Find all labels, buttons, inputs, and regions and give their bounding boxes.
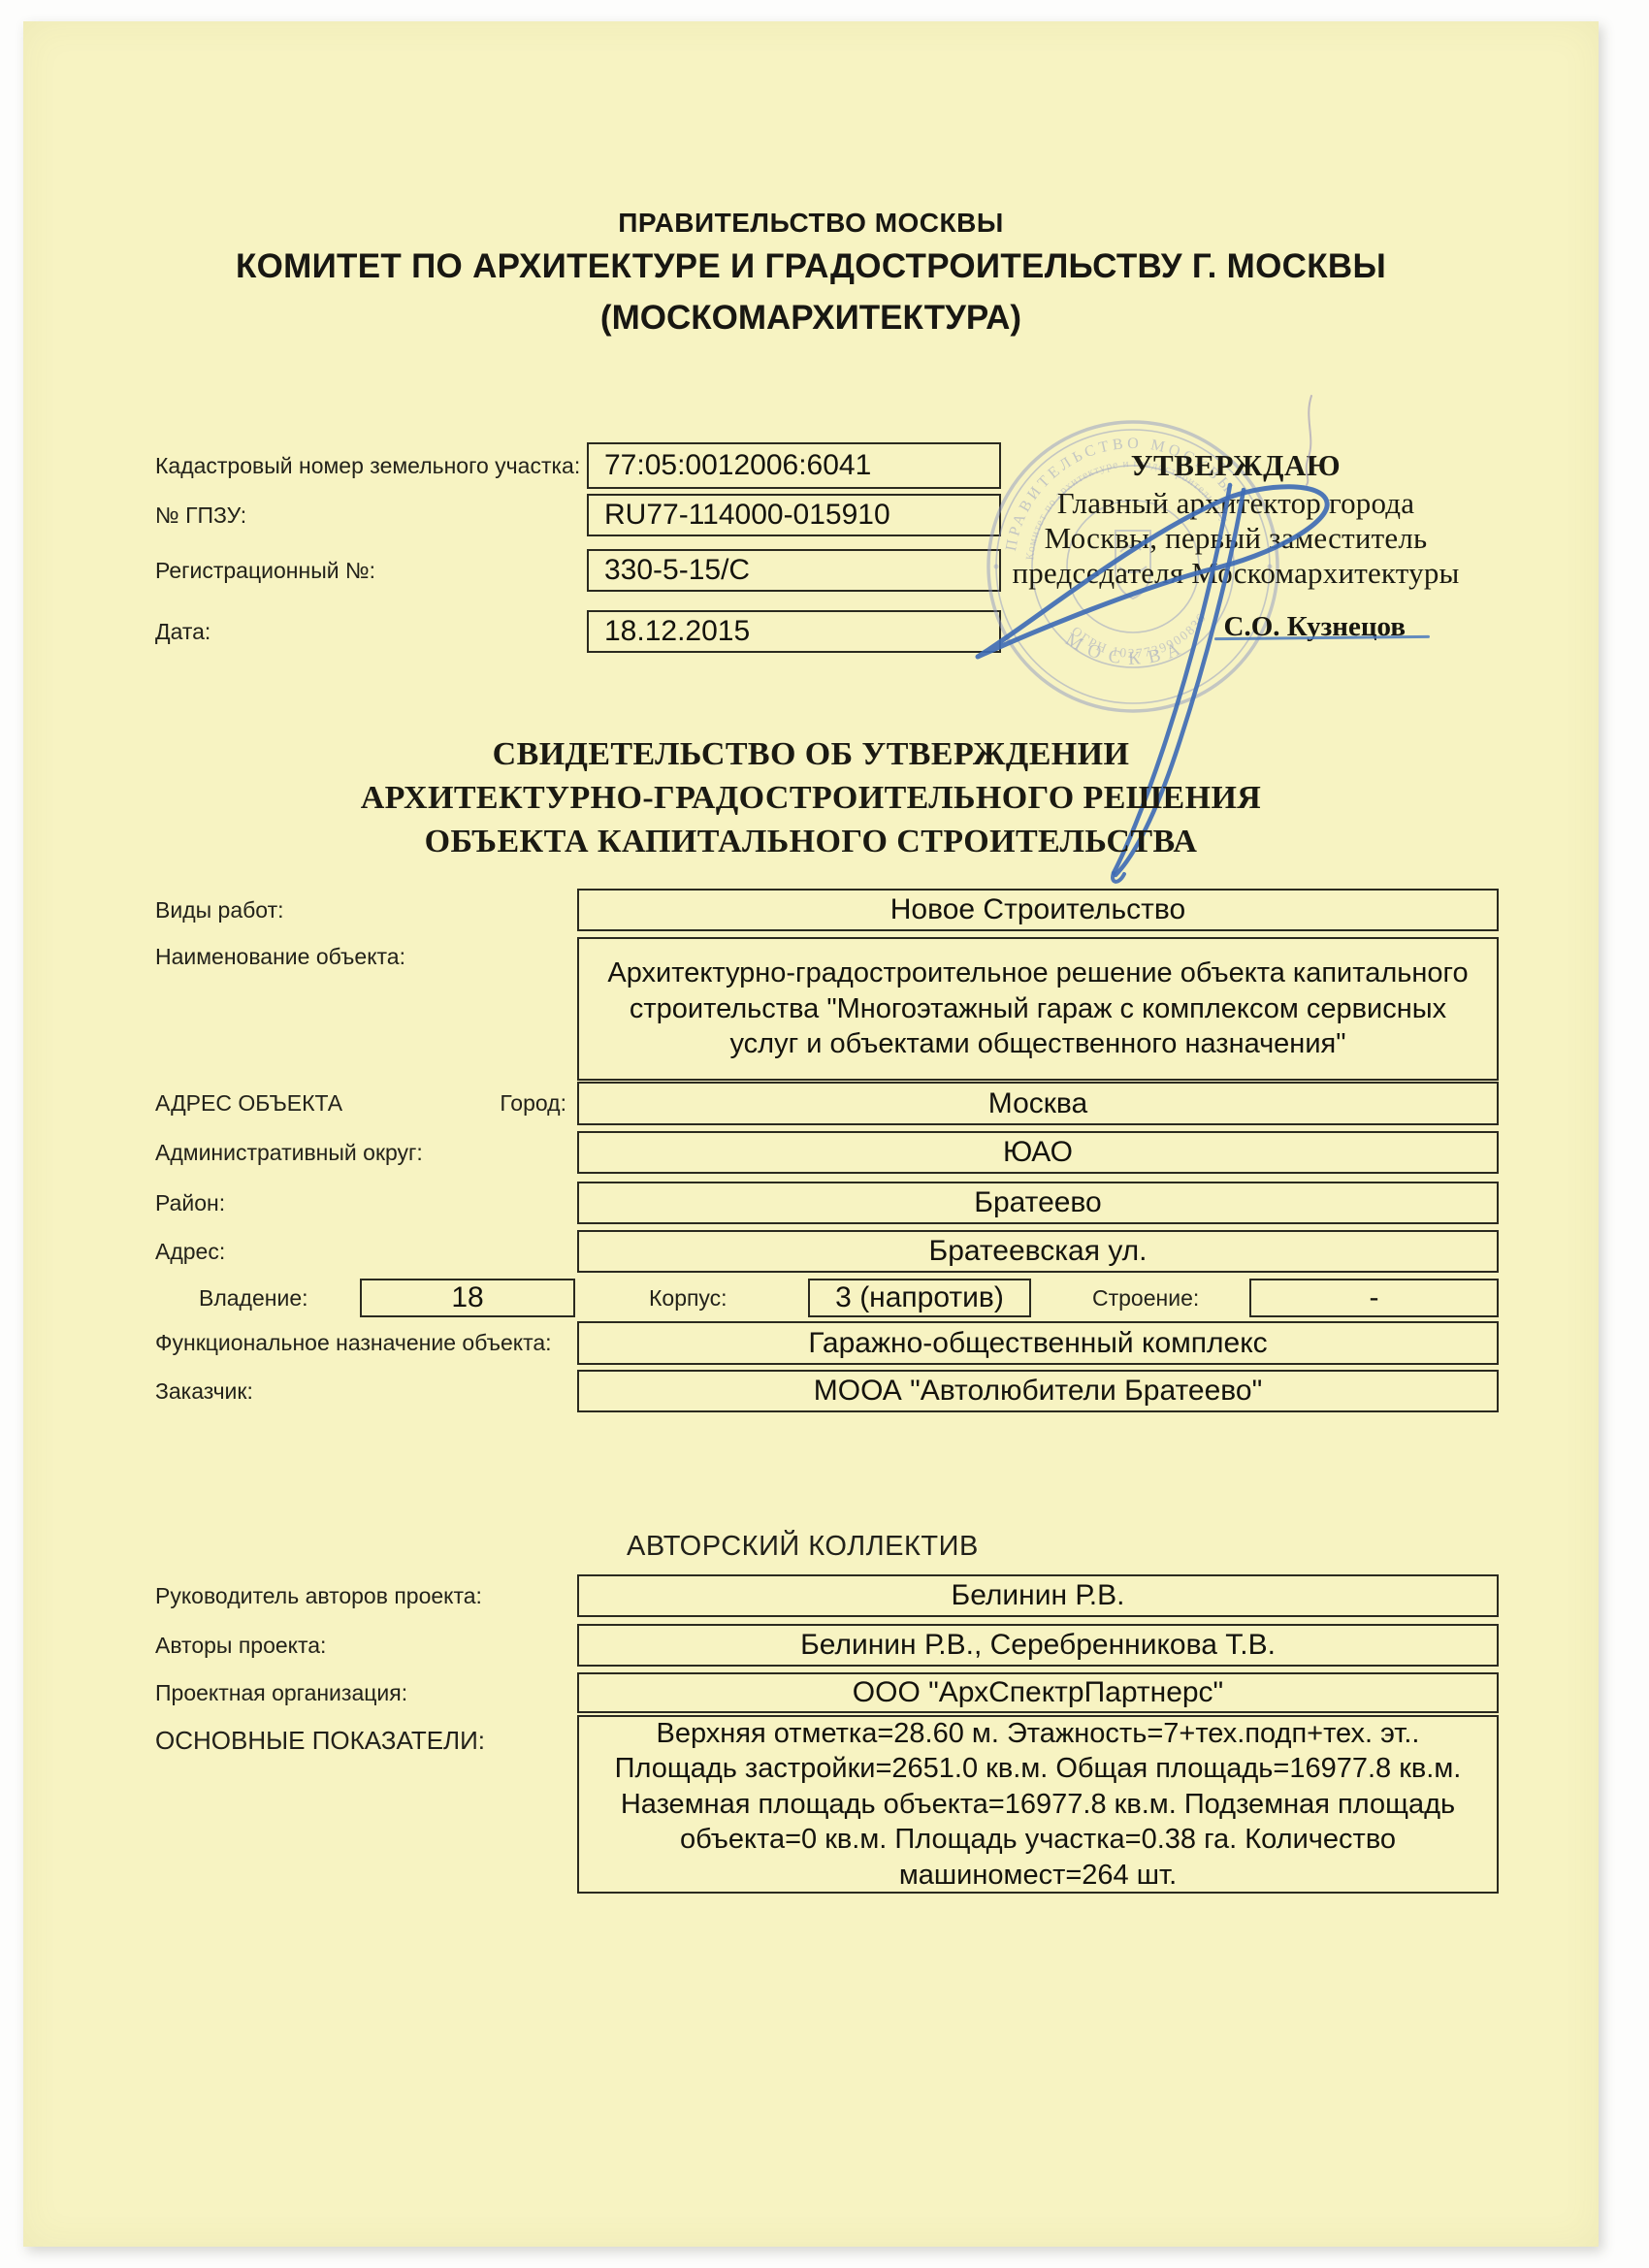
design-organization-label: Проектная организация: bbox=[155, 1672, 407, 1713]
registration-number-value: 330-5-15/С bbox=[587, 549, 1001, 592]
object-name-label: Наименование объекта: bbox=[155, 937, 405, 976]
administrative-district-value: ЮАО bbox=[577, 1131, 1499, 1174]
approval-block: УТВЕРЖДАЮ Главный архитектор города Моск… bbox=[945, 448, 1527, 591]
functional-purpose-value: Гаражно-общественный комплекс bbox=[577, 1321, 1499, 1365]
date-value: 18.12.2015 bbox=[587, 610, 1001, 653]
project-authors-label: Авторы проекта: bbox=[155, 1624, 326, 1667]
document-title-line-1: СВИДЕТЕЛЬСТВО ОБ УТВЕРЖДЕНИИ bbox=[23, 732, 1599, 776]
address-section-label: АДРЕС ОБЪЕКТА bbox=[155, 1082, 342, 1125]
street-address-label: Адрес: bbox=[155, 1230, 225, 1273]
administrative-district-label: Административный округ: bbox=[155, 1131, 423, 1174]
city-label: Город: bbox=[431, 1082, 566, 1125]
approval-line-3: председателя Москомархитектуры bbox=[945, 556, 1527, 591]
area-value: Братеево bbox=[577, 1182, 1499, 1224]
works-type-label: Виды работ: bbox=[155, 889, 284, 931]
document-title-line-3: ОБЪЕКТА КАПИТАЛЬНОГО СТРОИТЕЛЬСТВА bbox=[23, 820, 1599, 863]
approval-line-2: Москвы, первый заместитель bbox=[945, 521, 1527, 556]
gpzu-number-value: RU77-114000-015910 bbox=[587, 494, 1001, 536]
structure-value: - bbox=[1249, 1279, 1499, 1317]
project-lead-value: Белинин Р.В. bbox=[577, 1574, 1499, 1617]
date-label: Дата: bbox=[155, 610, 210, 653]
design-organization-value: ООО "АрхСпектрПартнерс" bbox=[577, 1672, 1499, 1713]
functional-purpose-label: Функциональное назначение объекта: bbox=[155, 1321, 552, 1365]
city-value: Москва bbox=[577, 1082, 1499, 1125]
approval-heading: УТВЕРЖДАЮ bbox=[945, 448, 1527, 483]
letterhead: ПРАВИТЕЛЬСТВО МОСКВЫ КОМИТЕТ ПО АРХИТЕКТ… bbox=[23, 208, 1599, 338]
document-paper: ПРАВИТЕЛЬСТВО МОСКВЫ КОМИТЕТ ПО АРХИТЕКТ… bbox=[23, 21, 1599, 2247]
registration-number-label: Регистрационный №: bbox=[155, 549, 375, 592]
area-label: Район: bbox=[155, 1182, 225, 1224]
project-authors-value: Белинин Р.В., Серебренникова Т.В. bbox=[577, 1624, 1499, 1667]
key-indicators-text: Верхняя отметка=28.60 м. Этажность=7+тех… bbox=[579, 1714, 1497, 1895]
document-title-line-2: АРХИТЕКТУРНО-ГРАДОСТРОИТЕЛЬНОГО РЕШЕНИЯ bbox=[23, 776, 1599, 820]
team-section-heading: АВТОРСКИЙ КОЛЛЕКТИВ bbox=[627, 1531, 979, 1563]
signature-hook-stroke bbox=[1113, 873, 1124, 882]
building-label: Корпус: bbox=[649, 1279, 727, 1317]
key-indicators-label: ОСНОВНЫЕ ПОКАЗАТЕЛИ: bbox=[155, 1726, 485, 1756]
street-address-value: Братеевская ул. bbox=[577, 1230, 1499, 1273]
letterhead-moskomarkhitektura: (МОСКОМАРХИТЕКТУРА) bbox=[23, 299, 1599, 338]
project-lead-label: Руководитель авторов проекта: bbox=[155, 1574, 482, 1617]
client-label: Заказчик: bbox=[155, 1370, 253, 1412]
cadastral-number-label: Кадастровый номер земельного участка: bbox=[155, 442, 580, 489]
client-value: МООА "Автолюбители Братеево" bbox=[577, 1370, 1499, 1412]
object-name-text: Архитектурно-градостроительное решение о… bbox=[579, 954, 1497, 1064]
object-name-value: Архитектурно-градостроительное решение о… bbox=[577, 937, 1499, 1081]
ownership-label: Владение: bbox=[199, 1279, 308, 1317]
cadastral-number-value: 77:05:0012006:6041 bbox=[587, 442, 1001, 489]
scanned-document-page: { "header": { "line1": "ПРАВИТЕЛЬСТВО МО… bbox=[0, 0, 1649, 2268]
building-value: 3 (напротив) bbox=[808, 1279, 1031, 1317]
letterhead-government: ПРАВИТЕЛЬСТВО МОСКВЫ bbox=[23, 208, 1599, 239]
ownership-value: 18 bbox=[360, 1279, 575, 1317]
letterhead-committee: КОМИТЕТ ПО АРХИТЕКТУРЕ И ГРАДОСТРОИТЕЛЬС… bbox=[23, 247, 1599, 286]
structure-label: Строение: bbox=[1092, 1279, 1199, 1317]
key-indicators-value: Верхняя отметка=28.60 м. Этажность=7+тех… bbox=[577, 1715, 1499, 1894]
works-type-value: Новое Строительство bbox=[577, 889, 1499, 931]
approval-line-1: Главный архитектор города bbox=[945, 486, 1527, 521]
document-title: СВИДЕТЕЛЬСТВО ОБ УТВЕРЖДЕНИИ АРХИТЕКТУРН… bbox=[23, 732, 1599, 863]
gpzu-number-label: № ГПЗУ: bbox=[155, 494, 246, 536]
